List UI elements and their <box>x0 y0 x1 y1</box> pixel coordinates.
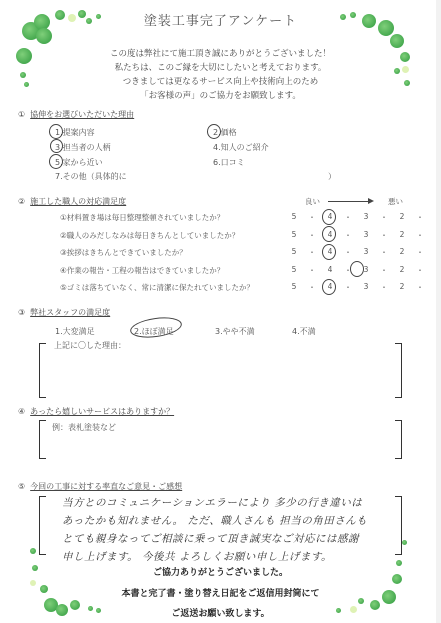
bracket-left <box>39 496 46 555</box>
page-title: 塗装工事完了アンケート <box>0 10 441 29</box>
q1-heading: ①協伸をお選びいただいた理由 <box>18 109 134 120</box>
q4-number: ④ <box>18 407 25 416</box>
q3-option-1[interactable]: 1.大変満足 <box>55 326 95 337</box>
rating-3[interactable]: 3 <box>357 212 375 230</box>
q4-title: あったら嬉しいサービスはありますか？ <box>30 407 174 416</box>
rating-row-2[interactable]: 5・4・3・2・1 <box>285 230 441 248</box>
footer-thanks: ご協力ありがとうございました。 <box>0 565 441 578</box>
handwritten-circle <box>49 124 63 139</box>
intro-line: つきましては更なるサービス向上や技術向上のため <box>0 75 441 89</box>
q1-close-paren: ） <box>328 171 336 182</box>
q1-number: ① <box>18 110 25 119</box>
q2-title: 施工した職人の対応満足度 <box>30 197 126 206</box>
option-label: 7.その他（具体的に <box>55 172 127 181</box>
footer-return: ご返送お願い致します。 <box>0 606 441 619</box>
rating-5[interactable]: 5 <box>285 212 303 230</box>
handwritten-circle <box>322 226 336 242</box>
q5-number: ⑤ <box>18 482 25 491</box>
rating-3[interactable]: 3 <box>357 230 375 248</box>
handwritten-circle <box>50 139 63 153</box>
scale-bad-label: 悪い <box>388 196 403 207</box>
intro-text: この度は弊社にて施工頂き誠にありがとうございました！ 私たちは、このご縁を大切に… <box>0 47 441 103</box>
bracket-left <box>39 343 46 398</box>
q1-option-3[interactable]: 3.担当者の人柄 <box>55 142 111 153</box>
handwritten-circle <box>322 244 336 260</box>
q2-question-1: ①材料置き場は毎日整理整頓されていましたか？ <box>60 212 254 230</box>
q2-question-2: ②職人のみだしなみは毎日きちんとしていましたか？ <box>60 230 254 248</box>
q3-reason-field[interactable] <box>50 352 390 394</box>
q3-heading: ③弊社スタッフの満足度 <box>18 307 110 318</box>
bracket-right <box>395 343 402 398</box>
page-edge-scrollbar <box>436 0 441 623</box>
rating-2[interactable]: 2 <box>393 265 411 283</box>
rating-2[interactable]: 2 <box>393 230 411 248</box>
option-label: 6.口コミ <box>213 158 245 167</box>
q4-answer-field[interactable] <box>50 432 390 456</box>
q3-option-4[interactable]: 4.不満 <box>292 326 316 337</box>
q3-option-3[interactable]: 3.やや不満 <box>215 326 255 337</box>
arrow-right-icon <box>368 198 374 204</box>
q2-rating-grid: 5・4・3・2・1 5・4・3・2・1 5・4・3・2・1 5・4・3・2・1 … <box>285 212 441 300</box>
handwritten-circle <box>322 279 336 295</box>
q4-heading: ④あったら嬉しいサービスはありますか？ <box>18 406 174 417</box>
intro-line: 「お客様の声」のご協力をお願致します。 <box>0 89 441 103</box>
option-label: 3.担当者の人柄 <box>55 143 111 152</box>
q3-title: 弊社スタッフの満足度 <box>30 308 110 317</box>
q2-heading: ②施工した職人の対応満足度 <box>18 196 126 207</box>
handwritten-circle <box>129 314 183 340</box>
q2-question-4: ④作業の報告・工程の報告はできていましたか？ <box>60 265 254 283</box>
handwritten-circle <box>49 154 63 169</box>
rating-row-3[interactable]: 5・4・3・2・1 <box>285 247 441 265</box>
handwritten-circle <box>322 209 336 225</box>
handwritten-line: とても親身なってご相談に乗って頂き誠実なご対応には感謝 <box>62 531 402 549</box>
footer-instruction: 本書と完了書・塗り替え日記をご返信用封筒にて <box>0 586 441 599</box>
handwritten-circle <box>350 261 364 277</box>
handwritten-line: あったかも知れません。 ただ、職人さんも 担当の角田さんも <box>62 513 402 531</box>
handwritten-circle <box>207 124 221 139</box>
rating-5[interactable]: 5 <box>285 265 303 283</box>
rating-row-5[interactable]: 5・4・3・2・1 <box>285 282 441 300</box>
rating-5[interactable]: 5 <box>285 247 303 265</box>
q3-number: ③ <box>18 308 25 317</box>
q3-reason-label: 上記に〇した理由： <box>54 340 126 351</box>
q2-number: ② <box>18 197 25 206</box>
q1-option-7[interactable]: 7.その他（具体的に <box>55 171 127 182</box>
rating-3[interactable]: 3 <box>357 282 375 300</box>
rating-2[interactable]: 2 <box>393 282 411 300</box>
scale-good-label: 良い <box>305 196 320 207</box>
bracket-right <box>395 420 402 459</box>
intro-line: この度は弊社にて施工頂き誠にありがとうございました！ <box>0 47 441 61</box>
handwritten-line: 当方とのコミュニケーションエラーにより 多少の行き違いは <box>62 495 402 513</box>
q5-handwritten-answer[interactable]: 当方とのコミュニケーションエラーにより 多少の行き違いは あったかも知れません。… <box>62 495 402 567</box>
q5-heading: ⑤今回の工事に対する率直なご意見・ご感想 <box>18 481 182 492</box>
rating-row-1[interactable]: 5・4・3・2・1 <box>285 212 441 230</box>
intro-line: 私たちは、このご縁を大切にしたいと考えております。 <box>0 61 441 75</box>
rating-2[interactable]: 2 <box>393 212 411 230</box>
bracket-left <box>39 420 46 459</box>
q2-question-5: ⑤ゴミは落ちていなく、常に清潔に保たれていましたか？ <box>60 282 254 300</box>
q2-question-3: ③挨拶はきちんとできていましたか？ <box>60 247 254 265</box>
rating-5[interactable]: 5 <box>285 230 303 248</box>
rating-5[interactable]: 5 <box>285 282 303 300</box>
rating-2[interactable]: 2 <box>393 247 411 265</box>
q1-option-4[interactable]: 4.知人のご紹介 <box>213 142 269 153</box>
q5-title: 今回の工事に対する率直なご意見・ご感想 <box>30 482 182 491</box>
scale-arrow-line <box>328 201 370 202</box>
q1-title: 協伸をお選びいただいた理由 <box>30 110 134 119</box>
option-label: 4.知人のご紹介 <box>213 143 269 152</box>
q2-question-list: ①材料置き場は毎日整理整頓されていましたか？ ②職人のみだしなみは毎日きちんとし… <box>60 212 254 300</box>
q1-option-6[interactable]: 6.口コミ <box>213 157 245 168</box>
